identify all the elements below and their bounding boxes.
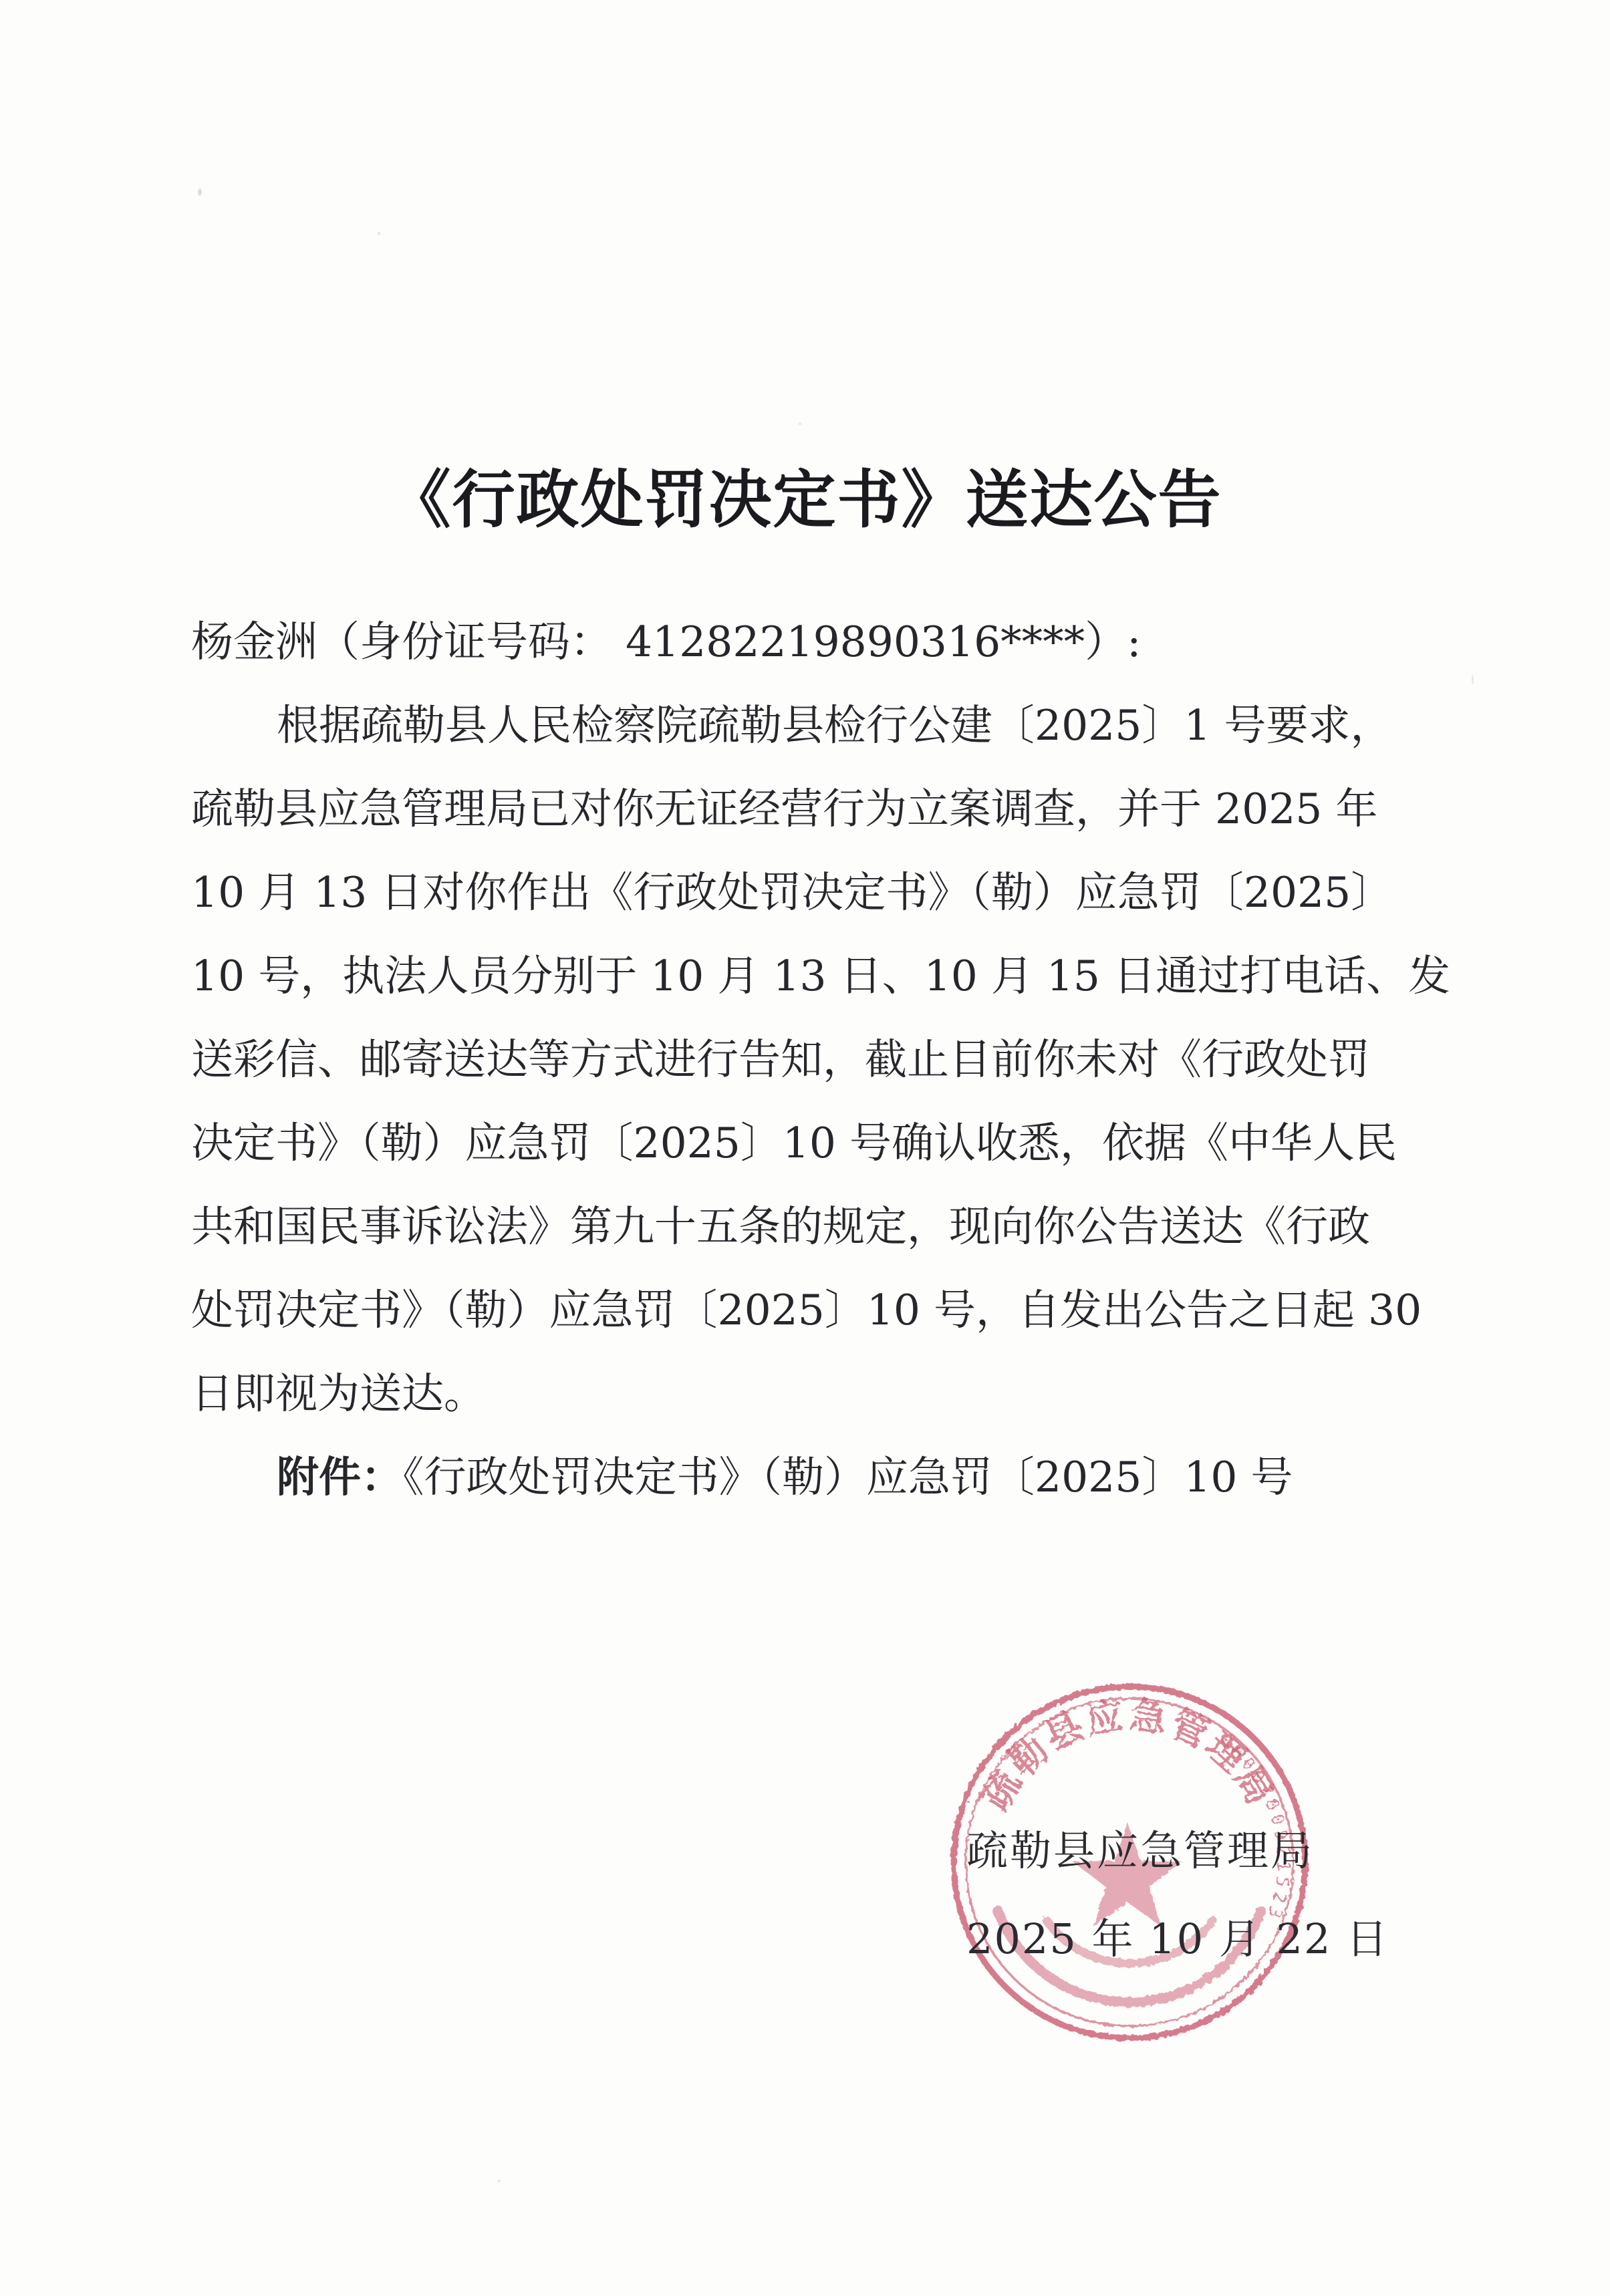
recipient-line: 杨金洲（身份证号码： 41282219890316****）: bbox=[191, 600, 1436, 684]
attachment-line: 附件：《行政处罚决定书》（勒）应急罚〔2025〕10 号 bbox=[191, 1435, 1436, 1519]
signature-org: 疏勒县应急管理局 bbox=[966, 1818, 1314, 1877]
signature-date: 2025 年 10 月 22 日 bbox=[966, 1906, 1389, 1965]
scan-speck bbox=[198, 188, 202, 196]
attachment-label: 附件： bbox=[277, 1452, 403, 1501]
scanned-document-page: 《行政处罚决定书》送达公告 杨金洲（身份证号码： 41282219890316*… bbox=[0, 0, 1610, 2296]
body-line: 处罚决定书》（勒）应急罚〔2025〕10 号，自发出公告之日起 30 bbox=[191, 1268, 1436, 1352]
scan-speck bbox=[1472, 675, 1474, 684]
body-line: 决定书》（勒）应急罚〔2025〕10 号确认收悉，依据《中华人民 bbox=[191, 1101, 1436, 1185]
body-line: 10 号，执法人员分别于 10 月 13 日、10 月 15 日通过打电话、发 bbox=[191, 934, 1436, 1018]
scan-speck bbox=[497, 2180, 501, 2182]
scan-speck bbox=[378, 232, 380, 235]
page-title: 《行政处罚决定书》送达公告 bbox=[0, 449, 1610, 539]
scan-speck bbox=[799, 422, 801, 425]
body-line: 疏勒县应急管理局已对你无证经营行为立案调查，并于 2025 年 bbox=[191, 767, 1436, 851]
body-line: 共和国民事诉讼法》第九十五条的规定，现向你公告送达《行政 bbox=[191, 1185, 1436, 1268]
body-line: 送彩信、邮寄送达等方式进行告知，截止目前你未对《行政处罚 bbox=[191, 1018, 1436, 1101]
body-line: 10 月 13 日对你作出《行政处罚决定书》（勒）应急罚〔2025〕 bbox=[191, 851, 1436, 934]
body-line: 根据疏勒县人民检察院疏勒县检行公建〔2025〕1 号要求， bbox=[191, 684, 1436, 767]
document-body: 杨金洲（身份证号码： 41282219890316****）: 根据疏勒县人民检… bbox=[191, 600, 1436, 1519]
attachment-text: 《行政处罚决定书》（勒）应急罚〔2025〕10 号 bbox=[403, 1453, 1293, 1501]
body-line: 日即视为送达。 bbox=[191, 1352, 1436, 1435]
